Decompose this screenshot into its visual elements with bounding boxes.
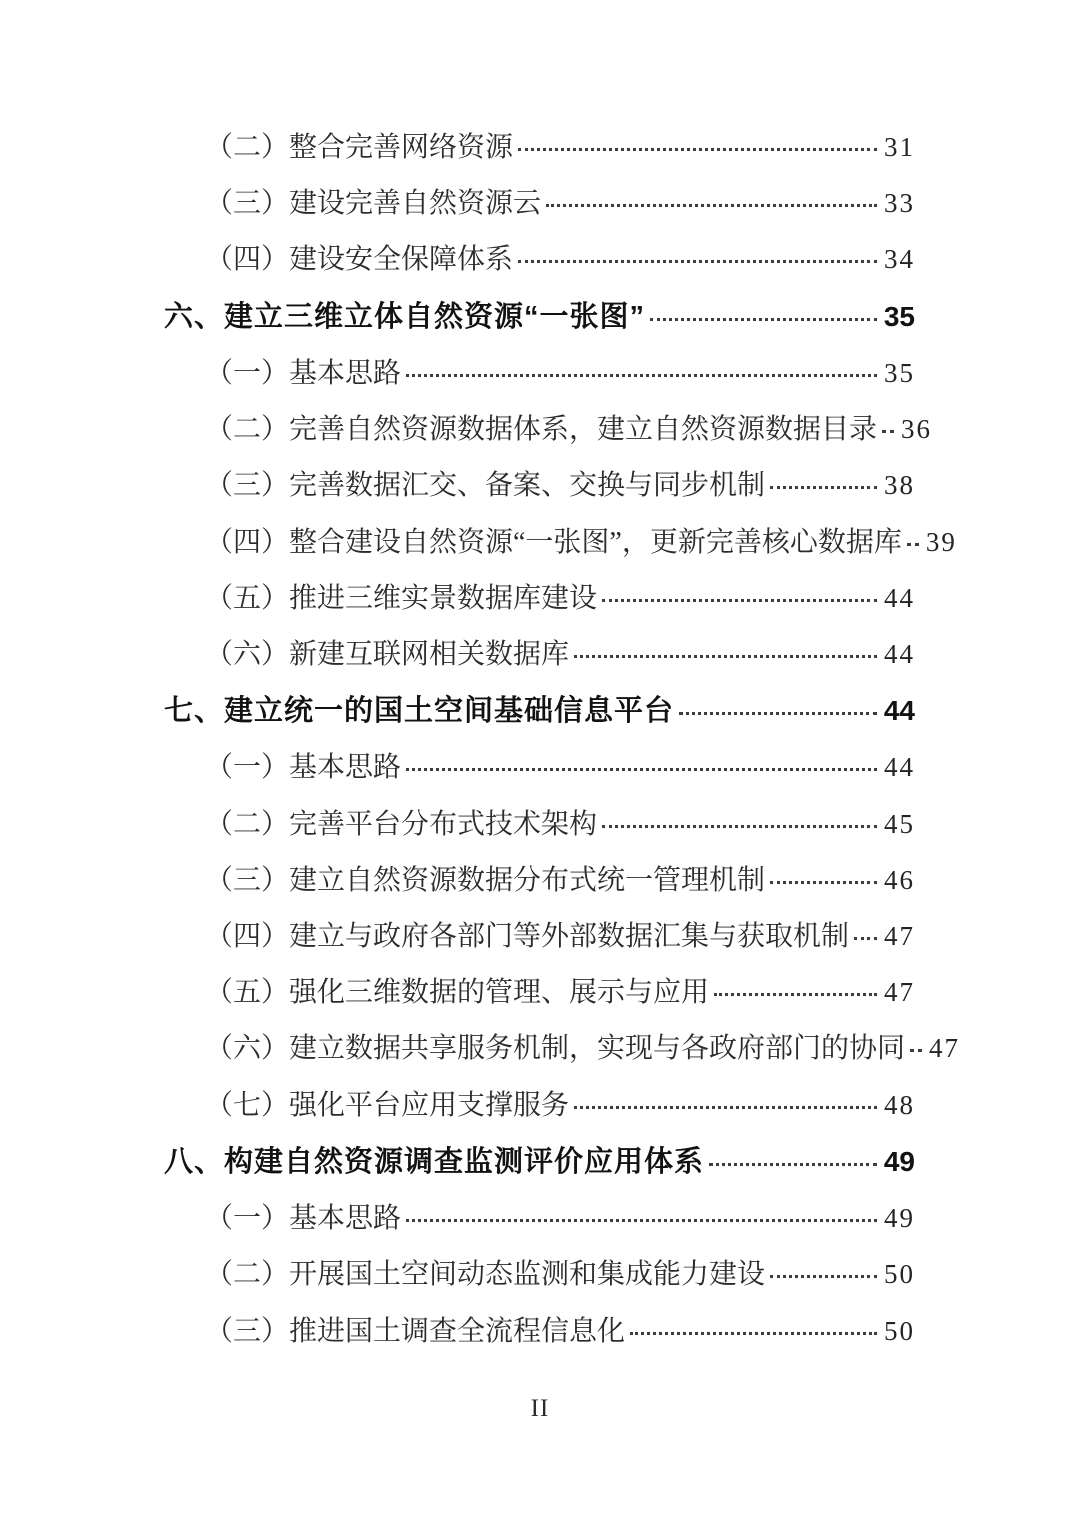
dot-leader — [518, 148, 877, 151]
toc-entry-page-number: 44 — [884, 582, 915, 614]
dot-leader — [854, 937, 877, 940]
dot-leader — [574, 1106, 877, 1109]
toc-entry[interactable]: 六、建立三维立体自然资源“一张图” 35 — [0, 300, 1080, 335]
toc-entry-label: （七）强化平台应用支撑服务 — [205, 1089, 569, 1123]
toc-entry[interactable]: （二）完善平台分布式技术架构 45 — [0, 808, 1080, 842]
toc-entry-label: 八、构建自然资源调查监测评价应用体系 — [164, 1145, 704, 1180]
dot-leader — [406, 1219, 877, 1222]
toc-entry-label: 七、建立统一的国土空间基础信息平台 — [164, 694, 674, 729]
toc-entry-label: （一）基本思路 — [205, 751, 401, 785]
toc-entry-page-number: 48 — [884, 1089, 915, 1121]
toc-entry-page-number: 34 — [884, 243, 915, 275]
toc-list: （二）整合完善网络资源 31 （三）建设完善自然资源云 33 （四）建设安全保障… — [0, 131, 1080, 1371]
dot-leader — [602, 825, 877, 828]
toc-entry[interactable]: （五）推进三维实景数据库建设 44 — [0, 582, 1080, 616]
toc-entry-label: （三）建设完善自然资源云 — [205, 187, 541, 221]
toc-entry-label: （三）建立自然资源数据分布式统一管理机制 — [205, 864, 765, 898]
dot-leader — [770, 881, 877, 884]
toc-entry-page-number: 46 — [884, 864, 915, 896]
dot-leader — [406, 768, 877, 771]
dot-leader — [679, 712, 877, 715]
toc-entry-page-number: 49 — [884, 1202, 915, 1234]
toc-entry-label: （五）推进三维实景数据库建设 — [205, 582, 597, 616]
toc-entry-page-number: 44 — [884, 638, 915, 670]
toc-entry-page-number: 36 — [901, 413, 932, 445]
toc-entry-label: （六）建立数据共享服务机制，实现与各政府部门的协同 — [205, 1032, 905, 1066]
dot-leader — [907, 543, 919, 546]
toc-entry-label: （三）完善数据汇交、备案、交换与同步机制 — [205, 469, 765, 503]
toc-entry-page-number: 47 — [884, 976, 915, 1008]
toc-entry-page-number: 35 — [884, 357, 915, 389]
toc-entry-label: （三）推进国土调查全流程信息化 — [205, 1315, 625, 1349]
toc-entry-page-number: 47 — [929, 1032, 960, 1064]
toc-entry[interactable]: （三）推进国土调查全流程信息化 50 — [0, 1315, 1080, 1349]
dot-leader — [882, 430, 894, 433]
toc-entry[interactable]: （二）整合完善网络资源 31 — [0, 131, 1080, 165]
dot-leader — [406, 374, 877, 377]
dot-leader — [630, 1332, 877, 1335]
toc-entry-label: （四）建设安全保障体系 — [205, 243, 513, 277]
toc-entry-page-number: 44 — [884, 751, 915, 783]
toc-entry[interactable]: （四）整合建设自然资源“一张图”，更新完善核心数据库 39 — [0, 526, 1080, 560]
toc-entry-label: 六、建立三维立体自然资源“一张图” — [164, 300, 645, 335]
toc-entry-label: （六）新建互联网相关数据库 — [205, 638, 569, 672]
toc-entry-label: （二）整合完善网络资源 — [205, 131, 513, 165]
toc-entry[interactable]: （一）基本思路 49 — [0, 1202, 1080, 1236]
dot-leader — [546, 204, 877, 207]
toc-entry-label: （二）完善平台分布式技术架构 — [205, 808, 597, 842]
dot-leader — [650, 318, 877, 321]
toc-entry-label: （四）整合建设自然资源“一张图”，更新完善核心数据库 — [205, 526, 902, 560]
toc-entry[interactable]: （三）建立自然资源数据分布式统一管理机制 46 — [0, 864, 1080, 898]
toc-entry[interactable]: （六）建立数据共享服务机制，实现与各政府部门的协同 47 — [0, 1032, 1080, 1066]
dot-leader — [910, 1049, 922, 1052]
toc-entry[interactable]: （一）基本思路 35 — [0, 357, 1080, 391]
toc-entry-page-number: 31 — [884, 131, 915, 163]
toc-entry-label: （一）基本思路 — [205, 357, 401, 391]
toc-entry-page-number: 50 — [884, 1315, 915, 1347]
toc-entry-label: （五）强化三维数据的管理、展示与应用 — [205, 976, 709, 1010]
toc-entry[interactable]: （七）强化平台应用支撑服务 48 — [0, 1089, 1080, 1123]
toc-entry-page-number: 47 — [884, 920, 915, 952]
document-page: （二）整合完善网络资源 31 （三）建设完善自然资源云 33 （四）建设安全保障… — [0, 0, 1080, 1527]
dot-leader — [770, 1275, 877, 1278]
toc-entry-label: （一）基本思路 — [205, 1202, 401, 1236]
toc-entry[interactable]: （五）强化三维数据的管理、展示与应用 47 — [0, 976, 1080, 1010]
toc-entry[interactable]: 七、建立统一的国土空间基础信息平台 44 — [0, 694, 1080, 729]
toc-entry[interactable]: （一）基本思路 44 — [0, 751, 1080, 785]
toc-entry[interactable]: （四）建设安全保障体系 34 — [0, 243, 1080, 277]
toc-entry[interactable]: （四）建立与政府各部门等外部数据汇集与获取机制 47 — [0, 920, 1080, 954]
toc-entry[interactable]: （三）完善数据汇交、备案、交换与同步机制 38 — [0, 469, 1080, 503]
toc-entry[interactable]: （三）建设完善自然资源云 33 — [0, 187, 1080, 221]
toc-entry-page-number: 44 — [884, 694, 915, 728]
toc-entry[interactable]: （二）开展国土空间动态监测和集成能力建设 50 — [0, 1258, 1080, 1292]
toc-entry[interactable]: （二）完善自然资源数据体系，建立自然资源数据目录 36 — [0, 413, 1080, 447]
toc-entry-page-number: 33 — [884, 187, 915, 219]
dot-leader — [602, 599, 877, 602]
toc-entry-label: （二）开展国土空间动态监测和集成能力建设 — [205, 1258, 765, 1292]
toc-entry[interactable]: （六）新建互联网相关数据库 44 — [0, 638, 1080, 672]
dot-leader — [770, 486, 877, 489]
toc-entry[interactable]: 八、构建自然资源调查监测评价应用体系 49 — [0, 1145, 1080, 1180]
dot-leader — [714, 993, 877, 996]
toc-entry-page-number: 50 — [884, 1258, 915, 1290]
dot-leader — [574, 655, 877, 658]
toc-entry-page-number: 39 — [926, 526, 957, 558]
toc-entry-label: （四）建立与政府各部门等外部数据汇集与获取机制 — [205, 920, 849, 954]
toc-entry-page-number: 45 — [884, 808, 915, 840]
dot-leader — [518, 260, 877, 263]
toc-entry-page-number: 49 — [884, 1145, 915, 1179]
toc-entry-label: （二）完善自然资源数据体系，建立自然资源数据目录 — [205, 413, 877, 447]
toc-entry-page-number: 38 — [884, 469, 915, 501]
dot-leader — [709, 1163, 877, 1166]
footer-page-number: II — [0, 1395, 1080, 1423]
toc-entry-page-number: 35 — [884, 300, 915, 334]
